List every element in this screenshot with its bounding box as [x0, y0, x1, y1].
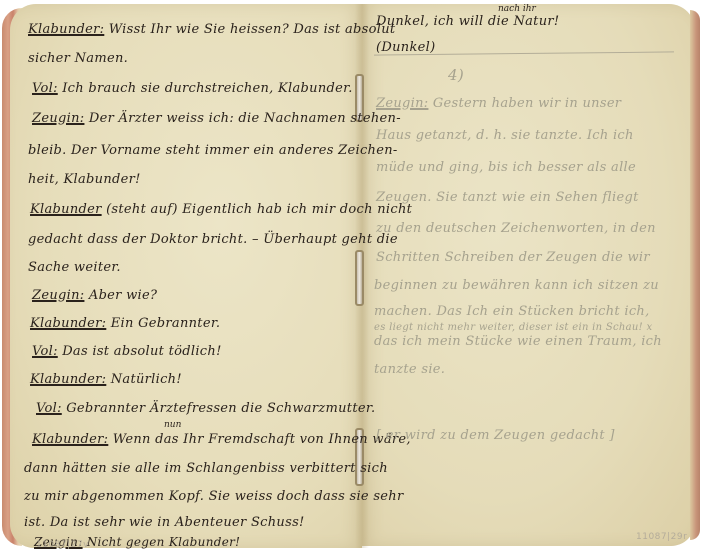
handwritten-line: Vol: Das ist absolut tödlich! — [32, 344, 222, 359]
pencil-line: beginnen zu bewähren kann ich sitzen zu — [374, 278, 659, 293]
handwritten-line: Sache weiter. — [28, 260, 121, 275]
speaker-name: Klabunder: — [32, 432, 108, 447]
staple-icon — [355, 250, 364, 306]
handwritten-line: Zeugin: Aber wie? — [32, 288, 157, 303]
bracketed-note: [ er wird zu dem Zeugen gedacht ] — [376, 428, 615, 443]
handwritten-line: zu mir abgenommen Kopf. Sie weiss doch d… — [24, 489, 403, 504]
notebook-spread: Klabunder: Wisst Ihr wie Sie heissen? Da… — [0, 0, 708, 553]
handwritten-line: Vol: Gebrannter Ärztefressen die Schwarz… — [36, 401, 375, 416]
superscript-insertion: nach ihr — [498, 4, 536, 14]
handwritten-line: ist. Da ist sehr wie in Abenteuer Schuss… — [24, 515, 305, 530]
handwritten-line: Klabunder (steht auf) Eigentlich hab ich… — [30, 202, 412, 217]
handwritten-line: Zeugin: Der Ärzter weiss ich: die Nachna… — [32, 111, 401, 126]
speaker-name: Klabunder — [30, 202, 102, 217]
handwritten-line: sicher Namen. — [28, 51, 128, 66]
speaker-name: Klabunder: — [28, 22, 104, 37]
speaker-name: Zeugin: — [32, 111, 84, 126]
handwritten-line: (Dunkel) — [376, 40, 435, 55]
speaker-name: Vol: — [36, 401, 62, 416]
handwritten-line: Klabunder: Natürlich! — [30, 372, 182, 387]
handwritten-line: dann hätten sie alle im Schlangenbiss ve… — [24, 461, 388, 476]
handwritten-line: Klabunder: Ein Gebrannter. — [30, 316, 220, 331]
pencil-line: tanzte sie. — [374, 362, 445, 377]
handwritten-line: Vol: Ich brauch sie durchstreichen, Klab… — [32, 81, 353, 96]
pencil-line: machen. Das Ich ein Stücken bricht ich, — [374, 304, 650, 319]
pencil-line: müde und ging, bis ich besser als alle — [376, 160, 636, 175]
right-page-edge — [690, 10, 700, 540]
pencil-line: Zeugen. Sie tanzt wie ein Sehen fliegt — [376, 190, 639, 205]
pencil-line: Zeugin: Gestern haben wir in unser — [376, 96, 621, 111]
handwritten-line: gedacht dass der Doktor bricht. – Überha… — [28, 232, 398, 247]
pencil-line: zu den deutschen Zeichenworten, in den — [376, 221, 656, 236]
pencil-line: das ich mein Stücke wie einen Traum, ich — [374, 334, 662, 349]
speaker-name: Zeugin: — [376, 96, 428, 111]
pencil-line: Schritten Schreiben der Zeugen die wir — [376, 250, 650, 265]
pencil-line: es liegt nicht mehr weiter, dieser ist e… — [374, 322, 652, 333]
handwritten-line: heit, Klabunder! — [28, 172, 141, 187]
right-page — [362, 4, 695, 546]
superscript-insertion: nun — [164, 420, 181, 430]
archive-number: 11087|29r — [636, 532, 687, 542]
pencil-line: Haus getanzt, d. h. sie tanzte. Ich ich — [376, 128, 634, 143]
speaker-name: Vol: — [32, 81, 58, 96]
speaker-name: Zeugin: — [32, 288, 84, 303]
handwritten-line: bleib. Der Vorname steht immer ein ander… — [28, 143, 398, 158]
handwritten-line: Klabunder: Wenn das Ihr Fremdschaft von … — [32, 432, 411, 447]
speaker-name: Vol: — [32, 344, 58, 359]
archive-number: 11087|27v — [36, 540, 89, 550]
speaker-name: Klabunder: — [30, 372, 106, 387]
section-number: 4) — [448, 66, 464, 84]
speaker-name: Klabunder: — [30, 316, 106, 331]
handwritten-line: Klabunder: Wisst Ihr wie Sie heissen? Da… — [28, 22, 395, 37]
